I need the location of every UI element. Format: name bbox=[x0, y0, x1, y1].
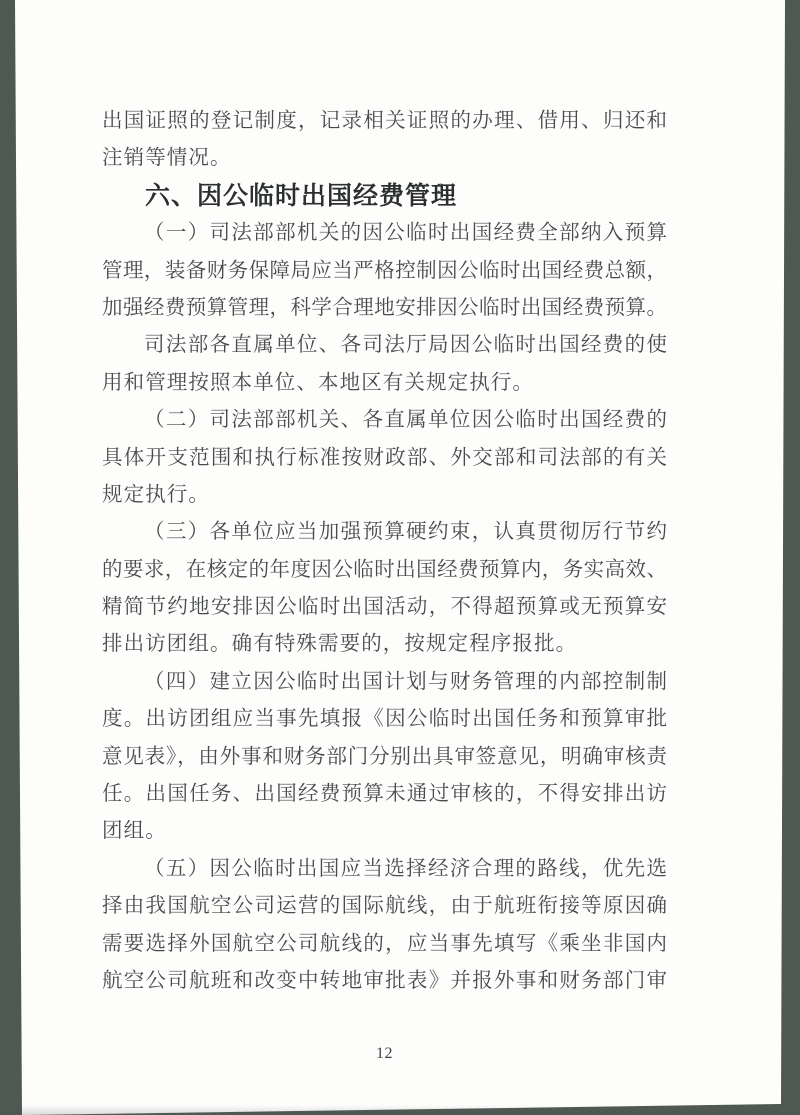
text-line: （二）司法部部机关、各直属单位因公临时出国经费的 bbox=[102, 402, 667, 439]
text-line: （四）建立因公临时出国计划与财务管理的内部控制制 bbox=[102, 664, 667, 701]
text-line: 司法部各直属单位、各司法厅局因公临时出国经费的使 bbox=[102, 327, 667, 364]
text-line: （三）各单位应当加强预算硬约束，认真贯彻厉行节约 bbox=[102, 514, 667, 551]
document-text: 出国证照的登记制度，记录相关证照的办理、借用、归还和 注销等情况。 六、因公临时… bbox=[102, 103, 667, 1000]
text-line: 加强经费预算管理，科学合理地安排因公临时出国经费预算。 bbox=[102, 290, 667, 327]
text-line: （一）司法部部机关的因公临时出国经费全部纳入预算 bbox=[102, 215, 667, 252]
text-line: 度。出访团组应当事先填报《因公临时出国任务和预算审批 bbox=[102, 701, 667, 738]
text-line: 的要求，在核定的年度因公临时出国经费预算内，务实高效、 bbox=[102, 552, 667, 589]
text-line: 航空公司航班和改变中转地审批表》并报外事和财务部门审 bbox=[102, 963, 667, 1000]
document-page: 出国证照的登记制度，记录相关证照的办理、借用、归还和 注销等情况。 六、因公临时… bbox=[0, 0, 800, 1115]
text-line: 精简节约地安排因公临时出国活动，不得超预算或无预算安 bbox=[102, 589, 667, 626]
text-line: 任。出国任务、出国经费预算未通过审核的，不得安排出访 bbox=[102, 776, 667, 813]
text-line: 具体开支范围和执行标准按财政部、外交部和司法部的有关 bbox=[102, 440, 667, 477]
text-line: 管理，装备财务保障局应当严格控制因公临时出国经费总额， bbox=[102, 253, 667, 290]
page-number: 12 bbox=[102, 1044, 667, 1064]
text-line: 出国证照的登记制度，记录相关证照的办理、借用、归还和 bbox=[102, 103, 667, 140]
text-line: 用和管理按照本单位、本地区有关规定执行。 bbox=[102, 365, 667, 402]
text-line: （五）因公临时出国应当选择经济合理的路线，优先选 bbox=[102, 851, 667, 888]
text-line: 排出访团组。确有特殊需要的，按规定程序报批。 bbox=[102, 626, 667, 663]
text-line: 择由我国航空公司运营的国际航线，由于航班衔接等原因确 bbox=[102, 888, 667, 925]
text-line: 注销等情况。 bbox=[102, 140, 667, 177]
text-line: 团组。 bbox=[102, 813, 667, 850]
section-heading: 六、因公临时出国经费管理 bbox=[102, 178, 667, 215]
text-line: 意见表》，由外事和财务部门分别出具审签意见，明确审核责 bbox=[102, 739, 667, 776]
text-line: 规定执行。 bbox=[102, 477, 667, 514]
text-line: 需要选择外国航空公司航线的，应当事先填写《乘坐非国内 bbox=[102, 926, 667, 963]
